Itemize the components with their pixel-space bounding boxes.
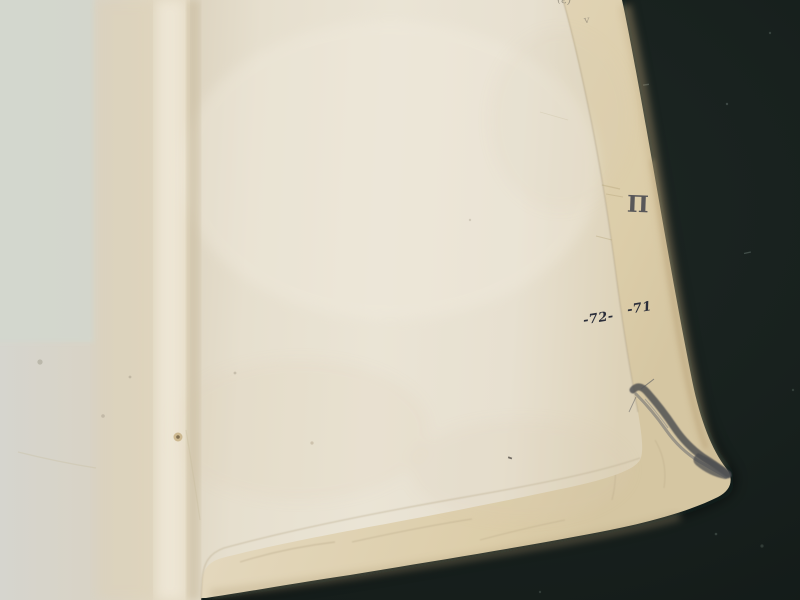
gutter-fold-highlight [156, 0, 184, 600]
photo-open-notebook: (ε) v Π -72- -71 [0, 0, 800, 600]
notebook-photo-rendering [0, 0, 800, 600]
gutter-warm-band [96, 0, 154, 600]
left-page-cool-sheet [0, 0, 94, 342]
